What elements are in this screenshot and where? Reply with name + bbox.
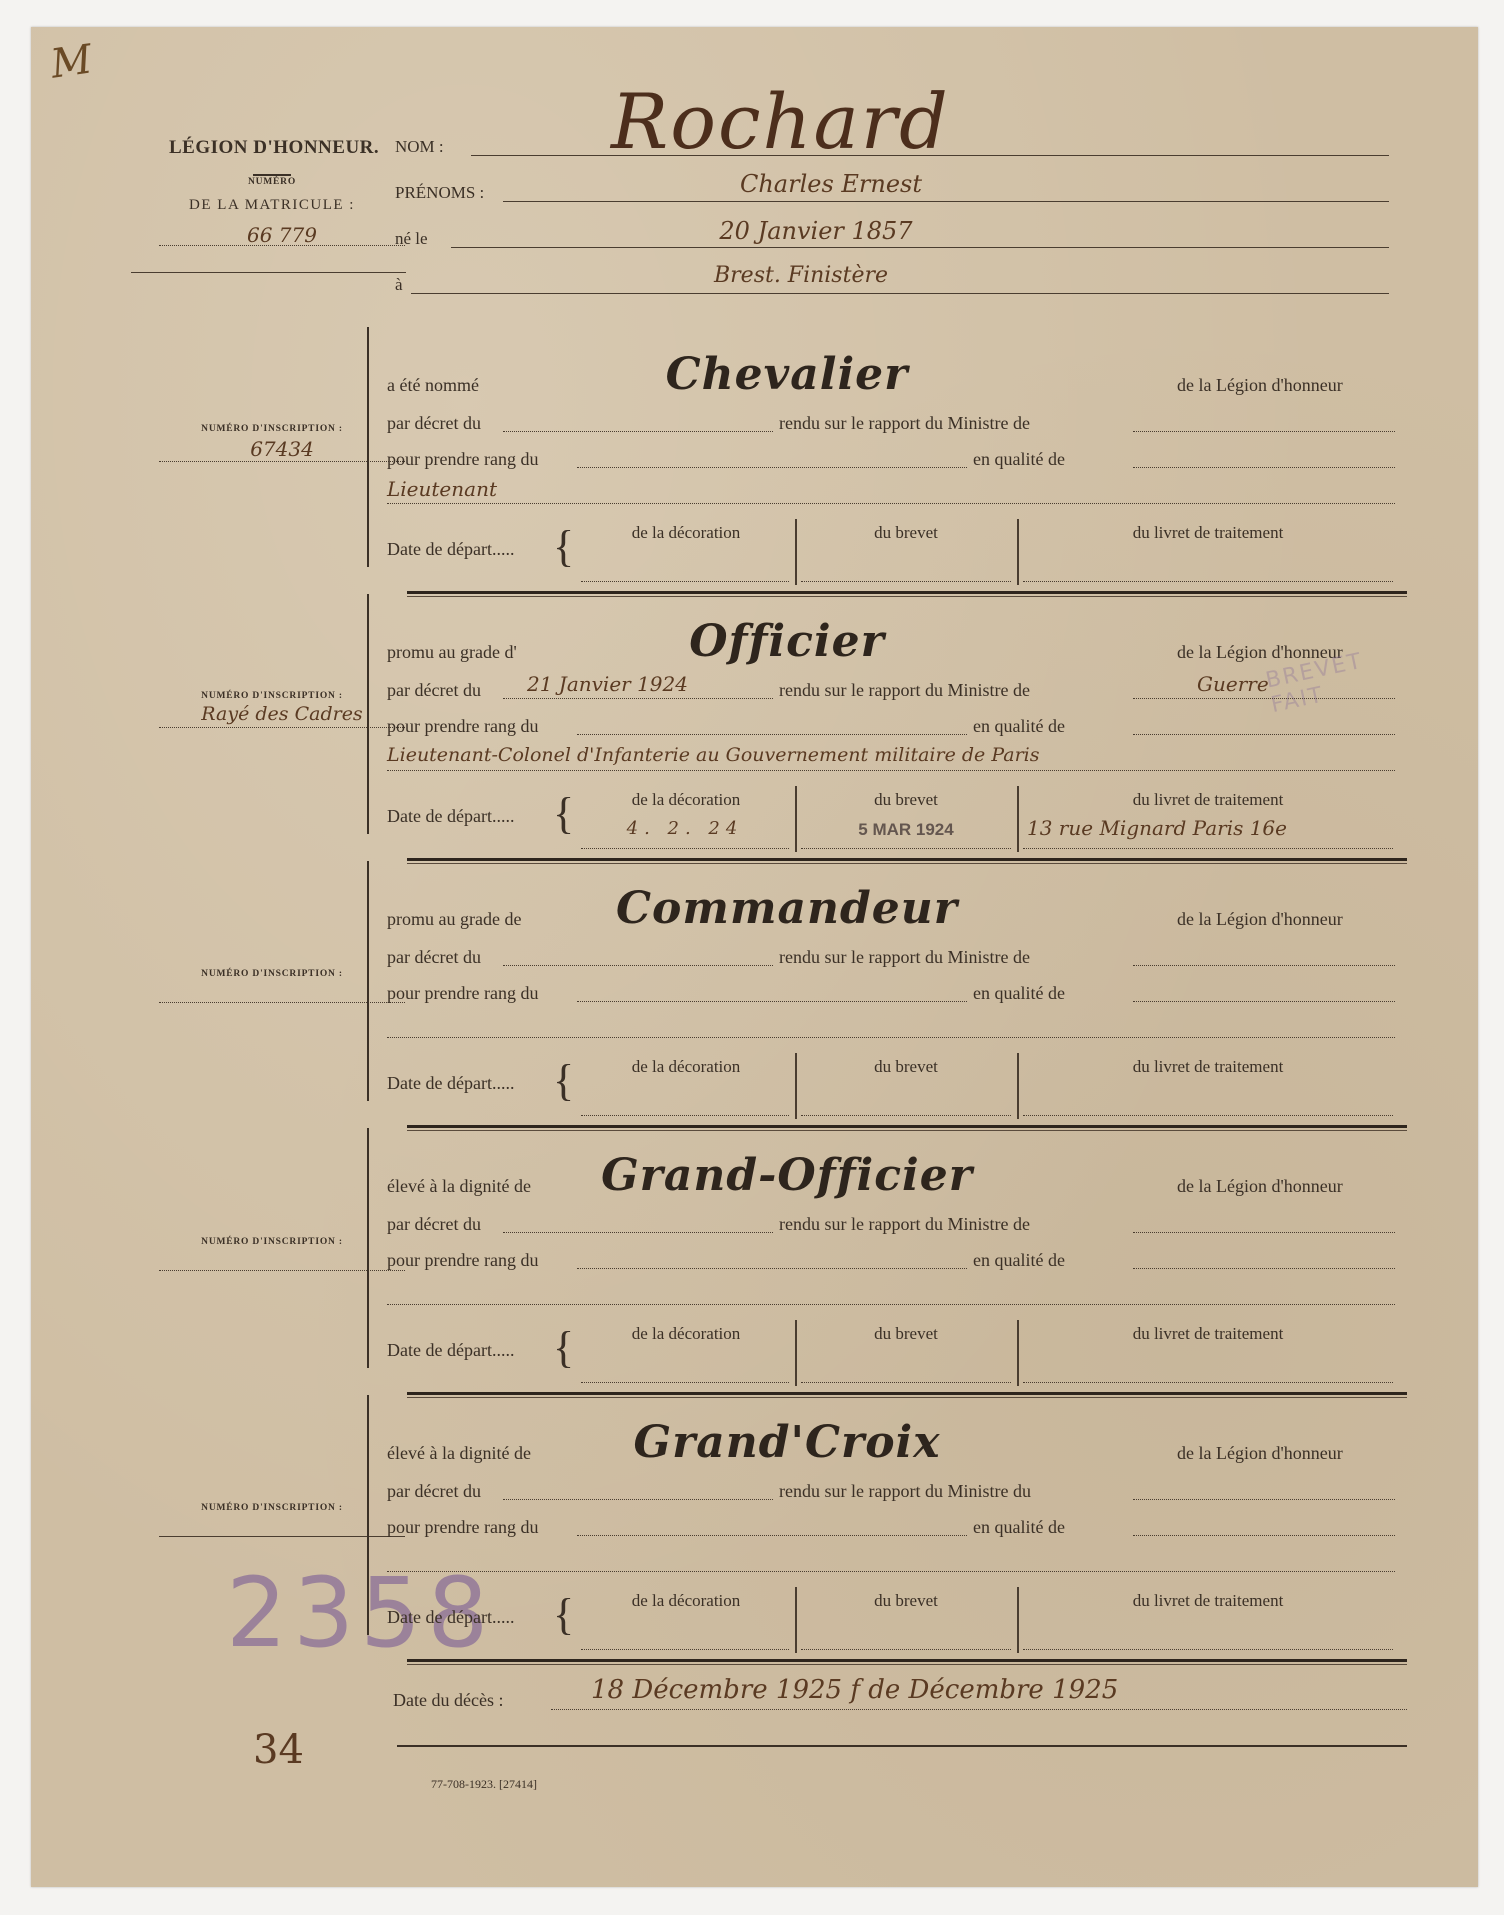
- qualite-label: en qualité de: [973, 449, 1065, 470]
- qualite-label: en qualité de: [973, 716, 1065, 737]
- prenoms-label: PRÉNOMS :: [395, 183, 484, 203]
- livret-field[interactable]: [1023, 1649, 1393, 1650]
- decret-field[interactable]: [503, 965, 773, 966]
- deces-rule: [397, 1745, 1407, 1747]
- legion-title: LÉGION D'HONNEUR.: [169, 137, 409, 159]
- prenoms-line: [503, 201, 1389, 202]
- livret-value[interactable]: 13 rue Mignard Paris 16e: [1027, 816, 1407, 840]
- ministre-field[interactable]: [1133, 698, 1395, 699]
- col-separator: [795, 1053, 797, 1119]
- section-intro: promu au grade de: [387, 909, 521, 930]
- grade-title: Chevalier: [607, 349, 967, 400]
- rapport-label: rendu sur le rapport du Ministre de: [779, 1214, 1030, 1235]
- section-commandeur: promu au grade de Commandeur de la Légio…: [367, 861, 1407, 1131]
- col-brevet: du brevet: [799, 523, 1013, 543]
- rapport-label: rendu sur le rapport du Ministre de: [779, 680, 1030, 701]
- col-brevet: du brevet: [799, 1591, 1013, 1611]
- col-livret: du livret de traitement: [1023, 1057, 1393, 1077]
- col-separator: [1017, 519, 1019, 585]
- col-livret: du livret de traitement: [1023, 790, 1393, 810]
- col-decoration: de la décoration: [581, 1591, 791, 1611]
- rang-field[interactable]: [577, 1535, 967, 1536]
- qualite-field[interactable]: [1133, 734, 1395, 735]
- col-separator: [1017, 786, 1019, 852]
- col-livret: du livret de traitement: [1023, 523, 1393, 543]
- ne-le-label: né le: [395, 229, 428, 249]
- rang-label: pour prendre rang du: [387, 1517, 538, 1538]
- decret-field[interactable]: [503, 1499, 773, 1500]
- section-officier: promu au grade d' Officier de la Légion …: [367, 594, 1427, 864]
- brevet-value-stamp[interactable]: 5 MAR 1924: [801, 820, 1011, 840]
- a-label: à: [395, 275, 403, 295]
- depart-label: Date de départ.....: [387, 1073, 514, 1094]
- qualite-continuation-field[interactable]: [387, 503, 1395, 504]
- section-brace: [367, 1395, 369, 1635]
- section-intro: élevé à la dignité de: [387, 1176, 531, 1197]
- livret-field[interactable]: [1023, 1382, 1393, 1383]
- col-separator: [795, 519, 797, 585]
- brevet-field[interactable]: [801, 1649, 1011, 1650]
- rapport-label: rendu sur le rapport du Ministre de: [779, 947, 1030, 968]
- decret-label: par décret du: [387, 1481, 481, 1502]
- a-value[interactable]: Brest. Finistère: [591, 263, 1011, 288]
- matricule-line: [159, 245, 405, 246]
- grade-title: Grand'Croix: [587, 1417, 987, 1468]
- col-separator: [795, 786, 797, 852]
- document-sheet: M LÉGION D'HONNEUR. NUMÉRO DE LA MATRICU…: [31, 27, 1478, 1887]
- rang-label: pour prendre rang du: [387, 716, 538, 737]
- inscription-label-grand-officier: NUMÉRO D'INSCRIPTION :: [147, 1237, 397, 1247]
- section-intro: a été nommé: [387, 375, 479, 396]
- col-livret: du livret de traitement: [1023, 1324, 1393, 1344]
- depart-brace: {: [553, 1589, 574, 1640]
- qualite-label: en qualité de: [973, 983, 1065, 1004]
- col-separator: [795, 1587, 797, 1653]
- decret-field[interactable]: [503, 431, 773, 432]
- livret-field[interactable]: [1023, 1115, 1393, 1116]
- matricule-underline: [131, 272, 406, 273]
- section-divider: [407, 1659, 1407, 1665]
- ministre-field[interactable]: [1133, 965, 1395, 966]
- col-brevet: du brevet: [799, 1057, 1013, 1077]
- section-suffix: de la Légion d'honneur: [1177, 909, 1343, 930]
- col-brevet: du brevet: [799, 790, 1013, 810]
- rang-label: pour prendre rang du: [387, 449, 538, 470]
- qualite-continuation-field[interactable]: [387, 770, 1395, 771]
- decoration-field[interactable]: [581, 581, 789, 582]
- ministre-field[interactable]: [1133, 431, 1395, 432]
- ministre-value[interactable]: Guerre: [1197, 672, 1269, 696]
- print-code: 77-708-1923. [27414]: [431, 1777, 537, 1792]
- rang-field[interactable]: [577, 734, 967, 735]
- depart-label: Date de départ.....: [387, 539, 514, 560]
- depart-label: Date de départ.....: [387, 806, 514, 827]
- inscription-label-grand-croix: NUMÉRO D'INSCRIPTION :: [147, 1503, 397, 1513]
- livret-field[interactable]: [1023, 581, 1393, 582]
- qualite-label: en qualité de: [973, 1517, 1065, 1538]
- nom-value[interactable]: Rochard: [611, 77, 950, 166]
- rang-field[interactable]: [577, 1268, 967, 1269]
- grade-title: Grand-Officier: [567, 1150, 1007, 1201]
- col-decoration: de la décoration: [581, 523, 791, 543]
- depart-brace: {: [553, 521, 574, 572]
- decret-label: par décret du: [387, 413, 481, 434]
- section-suffix: de la Légion d'honneur: [1177, 1443, 1343, 1464]
- rang-label: pour prendre rang du: [387, 983, 538, 1004]
- col-decoration: de la décoration: [581, 1057, 791, 1077]
- col-livret: du livret de traitement: [1023, 1591, 1393, 1611]
- title-rule: [253, 174, 291, 176]
- ministre-field[interactable]: [1133, 1232, 1395, 1233]
- prenoms-value[interactable]: Charles Ernest: [631, 170, 1031, 198]
- qualite-continuation-field[interactable]: [387, 1571, 1395, 1572]
- ne-le-line: [451, 247, 1389, 248]
- deces-field[interactable]: [551, 1709, 1407, 1710]
- section-suffix: de la Légion d'honneur: [1177, 375, 1343, 396]
- qualite-value[interactable]: Lieutenant-Colonel d'Infanterie au Gouve…: [387, 744, 1040, 766]
- qualite-field[interactable]: [1133, 467, 1395, 468]
- col-separator: [795, 1320, 797, 1386]
- section-chevalier: a été nommé Chevalier de la Légion d'hon…: [367, 327, 1407, 597]
- qualite-continuation-field[interactable]: [387, 1037, 1395, 1038]
- col-brevet: du brevet: [799, 1324, 1013, 1344]
- brevet-field[interactable]: [801, 1382, 1011, 1383]
- livret-field[interactable]: [1023, 848, 1393, 849]
- inscription-label-commandeur: NUMÉRO D'INSCRIPTION :: [147, 969, 397, 979]
- brevet-field[interactable]: [801, 1115, 1011, 1116]
- brevet-field[interactable]: [801, 848, 1011, 849]
- grade-title: Commandeur: [587, 883, 987, 934]
- matricule-value: 66 779: [159, 223, 405, 247]
- decoration-field[interactable]: [581, 1382, 789, 1383]
- rapport-label: rendu sur le rapport du Ministre du: [779, 1481, 1031, 1502]
- qualite-continuation-field[interactable]: [387, 1304, 1395, 1305]
- inscription-label-officier: NUMÉRO D'INSCRIPTION :: [147, 691, 397, 701]
- col-separator: [1017, 1320, 1019, 1386]
- depart-brace: {: [553, 1322, 574, 1373]
- col-separator: [1017, 1587, 1019, 1653]
- handwritten-number: 34: [253, 1727, 304, 1773]
- ministre-field[interactable]: [1133, 1499, 1395, 1500]
- section-intro: élevé à la dignité de: [387, 1443, 531, 1464]
- brevet-field[interactable]: [801, 581, 1011, 582]
- grade-title: Officier: [607, 616, 967, 667]
- decret-field[interactable]: [503, 1232, 773, 1233]
- rang-field[interactable]: [577, 1001, 967, 1002]
- qualite-field[interactable]: [1133, 1001, 1395, 1002]
- col-separator: [1017, 1053, 1019, 1119]
- section-suffix: de la Légion d'honneur: [1177, 1176, 1343, 1197]
- depart-brace: {: [553, 788, 574, 839]
- section-brace: [367, 861, 369, 1101]
- decoration-field[interactable]: [581, 848, 789, 849]
- qualite-field[interactable]: [1133, 1268, 1395, 1269]
- decret-field[interactable]: [503, 698, 773, 699]
- decoration-field[interactable]: [581, 1115, 789, 1116]
- depart-brace: {: [553, 1055, 574, 1106]
- col-decoration: de la décoration: [581, 790, 791, 810]
- qualite-field[interactable]: [1133, 1535, 1395, 1536]
- nom-label: NOM :: [395, 137, 444, 157]
- col-decoration: de la décoration: [581, 1324, 791, 1344]
- decret-value[interactable]: 21 Janvier 1924: [527, 672, 688, 696]
- depart-label: Date de départ.....: [387, 1607, 514, 1628]
- deces-value[interactable]: 18 Décembre 1925 f de Décembre 1925: [591, 1675, 1118, 1705]
- rapport-label: rendu sur le rapport du Ministre de: [779, 413, 1030, 434]
- corner-initials: M: [48, 36, 95, 87]
- qualite-value[interactable]: Lieutenant: [387, 477, 497, 501]
- decoration-field[interactable]: [581, 1649, 789, 1650]
- deces-label: Date du décès :: [393, 1690, 503, 1711]
- matricule-label: DE LA MATRICULE :: [147, 197, 397, 214]
- decret-label: par décret du: [387, 1214, 481, 1235]
- section-brace: [367, 1128, 369, 1368]
- a-line: [411, 293, 1389, 294]
- inscription-label-chevalier: NUMÉRO D'INSCRIPTION :: [147, 424, 397, 434]
- rang-field[interactable]: [577, 467, 967, 468]
- decret-label: par décret du: [387, 947, 481, 968]
- depart-label: Date de départ.....: [387, 1340, 514, 1361]
- decoration-value[interactable]: 4. 2. 24: [581, 818, 789, 839]
- section-intro: promu au grade d': [387, 642, 517, 663]
- section-grand-officier: élevé à la dignité de Grand-Officier de …: [367, 1128, 1407, 1398]
- section-brace: [367, 327, 369, 567]
- section-grand-croix: élevé à la dignité de Grand'Croix de la …: [367, 1395, 1407, 1665]
- ne-le-value[interactable]: 20 Janvier 1857: [591, 217, 1041, 245]
- decret-label: par décret du: [387, 680, 481, 701]
- matricule-label-top: NUMÉRO: [147, 177, 397, 187]
- qualite-label: en qualité de: [973, 1250, 1065, 1271]
- rang-label: pour prendre rang du: [387, 1250, 538, 1271]
- section-brace: [367, 594, 369, 834]
